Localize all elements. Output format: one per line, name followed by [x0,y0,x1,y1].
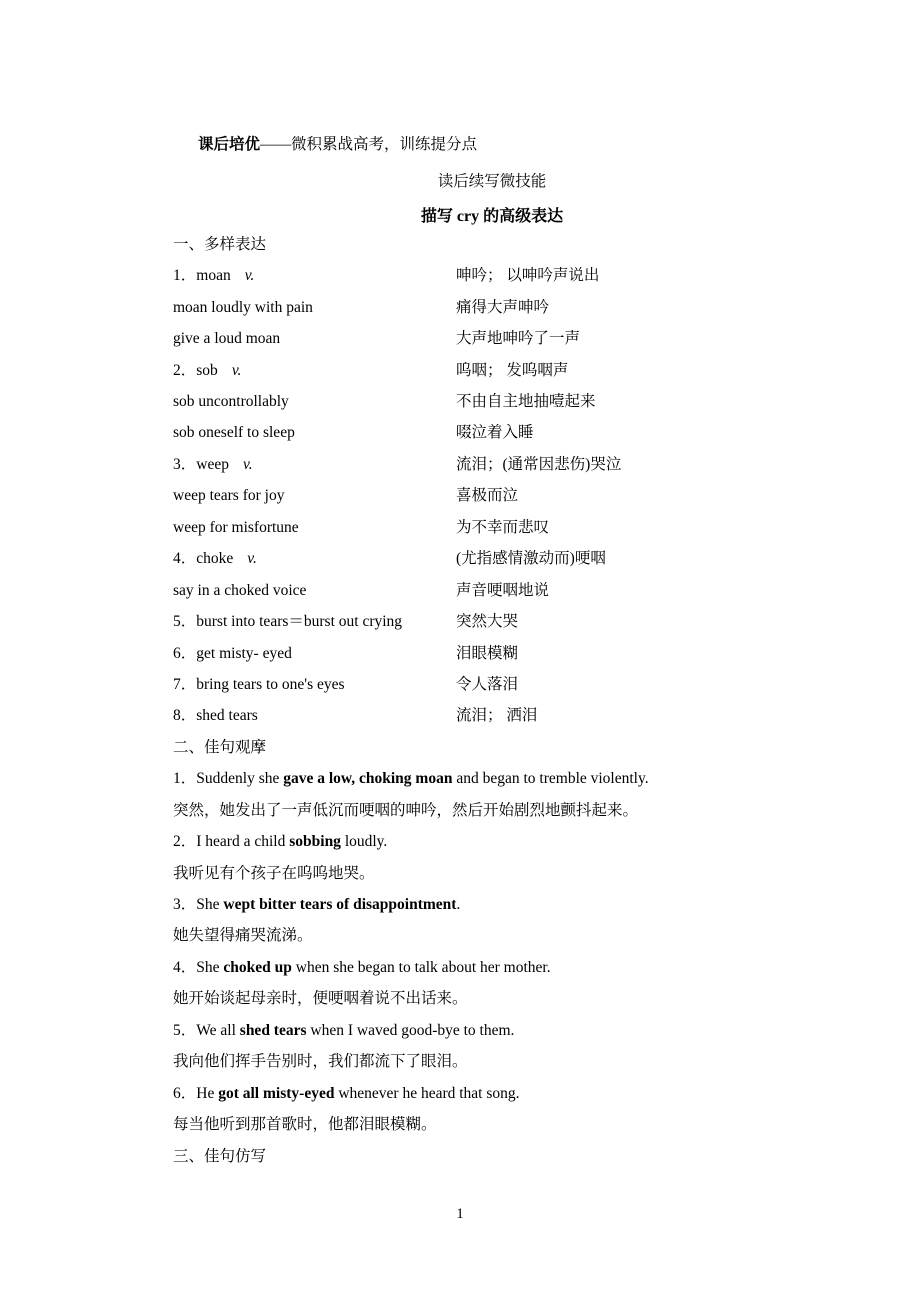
sentence-chinese: 突然，她发出了一声低沉而哽咽的呻吟，然后开始剧烈地颤抖起来。 [173,795,773,826]
item-number: 4． [173,959,196,976]
sentence-text: and began to tremble violently. [452,770,648,787]
vocab-row: 8．shed tears流泪； 洒泪 [173,700,773,731]
vocab-english: 1．moanv. [173,260,456,291]
part-of-speech: v. [247,550,257,567]
vocab-english: say in a choked voice [173,575,456,606]
vocab-chinese: 声音哽咽地说 [456,575,773,606]
vocab-chinese: (尤指感情激动而)哽咽 [456,543,773,574]
vocab-english: moan loudly with pain [173,292,456,323]
sentence-chinese: 我向他们挥手告别时，我们都流下了眼泪。 [173,1046,773,1077]
vocab-chinese: 啜泣着入睡 [456,417,773,448]
vocab-chinese: 突然大哭 [456,606,773,637]
section-heading-sentences: 二、佳句观摩 [173,732,773,763]
course-header: 课后培优——微积累战高考，训练提分点 [173,129,773,160]
sentence-bold-phrase: sobbing [289,833,341,850]
vocab-chinese: 痛得大声呻吟 [456,292,773,323]
item-number: 2． [173,362,196,379]
vocab-chinese: 不由自主地抽噎起来 [456,386,773,417]
vocab-chinese: 呜咽； 发呜咽声 [456,355,773,386]
vocab-english: 5．burst into tears＝burst out crying [173,606,456,637]
section-heading-vocabulary: 一、多样表达 [173,229,773,260]
vocab-row: 6．get misty- eyed泪眼模糊 [173,638,773,669]
vocab-chinese: 泪眼模糊 [456,638,773,669]
vocab-row: 5．burst into tears＝burst out crying突然大哭 [173,606,773,637]
sentence-text: loudly. [341,833,387,850]
sentence-english: 1．Suddenly she gave a low, choking moan … [173,763,773,794]
item-number: 3． [173,456,196,473]
course-header-rest: ——微积累战高考，训练提分点 [260,136,477,153]
page-title: 描写 cry 的高级表达 [173,201,773,232]
item-number: 8． [173,707,196,724]
item-number: 4． [173,550,196,567]
sentence-bold-phrase: wept bitter tears of disappointment [223,896,456,913]
vocab-row: 1．moanv.呻吟； 以呻吟声说出 [173,260,773,291]
vocab-english: 7．bring tears to one's eyes [173,669,456,700]
sentence-english: 2．I heard a child sobbing loudly. [173,826,773,857]
vocab-row: 4．chokev.(尤指感情激动而)哽咽 [173,543,773,574]
document-content: 课后培优——微积累战高考，训练提分点 读后续写微技能 描写 cry 的高级表达 … [173,129,773,1172]
course-header-bold: 课后培优 [198,136,260,153]
vocab-row: say in a choked voice声音哽咽地说 [173,575,773,606]
sentence-bold-phrase: choked up [223,959,292,976]
vocab-row: 7．bring tears to one's eyes令人落泪 [173,669,773,700]
vocab-row: weep tears for joy喜极而泣 [173,480,773,511]
sentence-text: when she began to talk about her mother. [292,959,551,976]
part-of-speech: v. [245,267,255,284]
vocab-chinese: 大声地呻吟了一声 [456,323,773,354]
page-number: 1 [0,1206,920,1223]
sentence-chinese: 每当他听到那首歌时，他都泪眼模糊。 [173,1109,773,1140]
vocab-chinese: 喜极而泣 [456,480,773,511]
vocab-row: 3．weepv.流泪；(通常因悲伤)哭泣 [173,449,773,480]
vocab-chinese: 流泪； 洒泪 [456,700,773,731]
sentence-chinese: 她失望得痛哭流涕。 [173,920,773,951]
vocab-english: 4．chokev. [173,543,456,574]
vocab-english: 2．sobv. [173,355,456,386]
vocab-english: 3．weepv. [173,449,456,480]
sentence-text: She [196,896,223,913]
item-number: 6． [173,1085,196,1102]
item-number: 7． [173,676,196,693]
document-page: 课后培优——微积累战高考，训练提分点 读后续写微技能 描写 cry 的高级表达 … [0,0,920,1302]
sentence-text: . [456,896,460,913]
sentence-text: whenever he heard that song. [334,1085,519,1102]
sentence-text: She [196,959,223,976]
sentence-text: I heard a child [196,833,289,850]
sentence-chinese: 她开始谈起母亲时，便哽咽着说不出话来。 [173,983,773,1014]
vocab-english: weep tears for joy [173,480,456,511]
vocab-list: 1．moanv.呻吟； 以呻吟声说出moan loudly with pain痛… [173,260,773,732]
sentence-text: We all [196,1022,240,1039]
vocab-row: weep for misfortune为不幸而悲叹 [173,512,773,543]
vocab-chinese: 流泪；(通常因悲伤)哭泣 [456,449,773,480]
sentence-bold-phrase: gave a low, choking moan [283,770,452,787]
section-heading-imitation: 三、佳句仿写 [173,1141,773,1172]
vocab-english: 6．get misty- eyed [173,638,456,669]
vocab-english: weep for misfortune [173,512,456,543]
item-number: 3． [173,896,196,913]
item-number: 6． [173,645,196,662]
sentence-chinese: 我听见有个孩子在呜呜地哭。 [173,858,773,889]
vocab-row: sob oneself to sleep啜泣着入睡 [173,417,773,448]
sentence-english: 4．She choked up when she began to talk a… [173,952,773,983]
item-number: 2． [173,833,196,850]
sentence-bold-phrase: shed tears [240,1022,307,1039]
vocab-chinese: 为不幸而悲叹 [456,512,773,543]
vocab-english: sob oneself to sleep [173,417,456,448]
item-number: 1． [173,770,196,787]
sentence-bold-phrase: got all misty-eyed [218,1085,334,1102]
sentence-english: 5．We all shed tears when I waved good-by… [173,1015,773,1046]
subtitle: 读后续写微技能 [173,166,773,197]
sentence-text: Suddenly she [196,770,283,787]
sentence-text: He [196,1085,218,1102]
sentence-list: 1．Suddenly she gave a low, choking moan … [173,763,773,1140]
vocab-english: 8．shed tears [173,700,456,731]
item-number: 5． [173,613,196,630]
vocab-english: sob uncontrollably [173,386,456,417]
vocab-chinese: 呻吟； 以呻吟声说出 [456,260,773,291]
sentence-english: 6．He got all misty-eyed whenever he hear… [173,1078,773,1109]
part-of-speech: v. [243,456,253,473]
vocab-row: moan loudly with pain痛得大声呻吟 [173,292,773,323]
item-number: 5． [173,1022,196,1039]
vocab-row: 2．sobv.呜咽； 发呜咽声 [173,355,773,386]
sentence-english: 3．She wept bitter tears of disappointmen… [173,889,773,920]
sentence-text: when I waved good-bye to them. [307,1022,515,1039]
item-number: 1． [173,267,196,284]
part-of-speech: v. [232,362,242,379]
vocab-chinese: 令人落泪 [456,669,773,700]
vocab-english: give a loud moan [173,323,456,354]
vocab-row: give a loud moan大声地呻吟了一声 [173,323,773,354]
vocab-row: sob uncontrollably不由自主地抽噎起来 [173,386,773,417]
